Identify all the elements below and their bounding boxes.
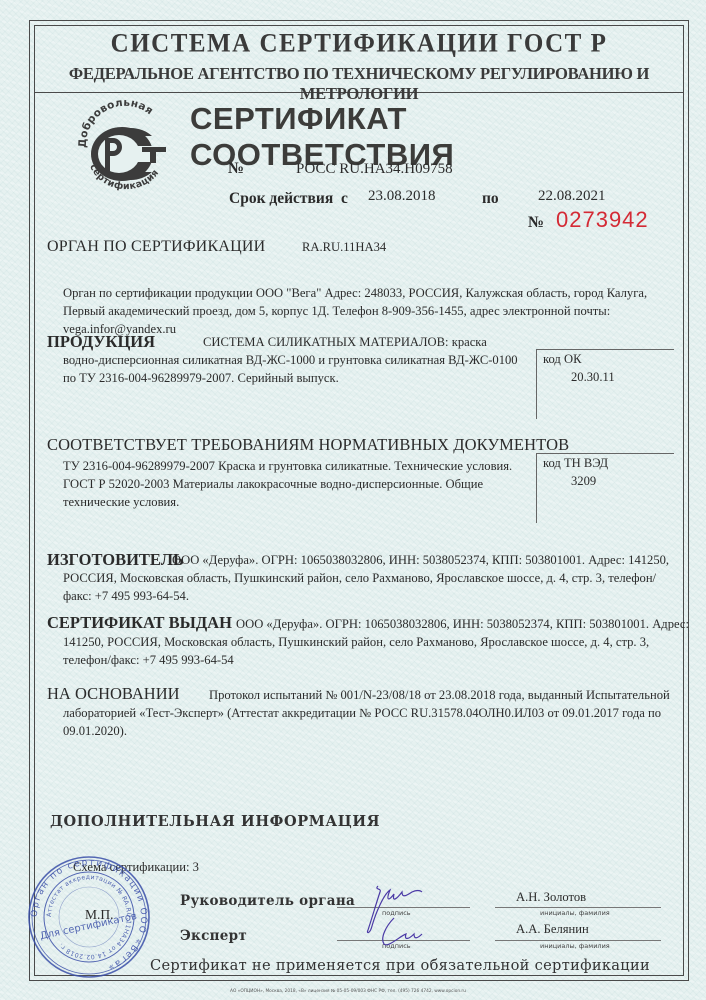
manufacturer-text-first-line: ООО «Деруфа». ОГРН: 1065038032806, ИНН: …	[172, 551, 669, 569]
certification-body-heading: ОРГАН ПО СЕРТИФИКАЦИИ	[47, 238, 265, 256]
serial-label: №	[528, 214, 544, 232]
validity-label: Срок действия с	[229, 190, 348, 208]
expert-name-caption: инициалы, фамилия	[540, 942, 610, 950]
issued-to-heading: СЕРТИФИКАТ ВЫДАН	[47, 613, 232, 633]
head-of-body-label: Руководитель органа	[180, 893, 355, 909]
head-name: А.Н. Золотов	[516, 890, 586, 905]
issued-to-text-first-line: ООО «Деруфа». ОГРН: 1065038032806, ИНН: …	[236, 615, 689, 633]
additional-info-heading: ДОПОЛНИТЕЛЬНАЯ ИНФОРМАЦИЯ	[50, 813, 380, 830]
issued-to-text: 141250, РОССИЯ, Московская область, Пушк…	[63, 633, 683, 669]
agency-title: ФЕДЕРАЛЬНОЕ АГЕНТСТВО ПО ТЕХНИЧЕСКОМУ РЕ…	[34, 64, 684, 104]
expert-name-line	[495, 940, 661, 941]
seal-place-label: М.П.	[85, 907, 114, 923]
product-heading: ПРОДУКЦИЯ	[47, 332, 155, 352]
expert-name: А.А. Белянин	[516, 922, 589, 937]
system-title: СИСТЕМА СЕРТИФИКАЦИИ ГОСТ Р	[34, 29, 684, 58]
basis-text-first-line: Протокол испытаний № 001/N-23/08/18 от 2…	[209, 686, 670, 704]
expert-label: Эксперт	[180, 928, 247, 944]
rst-logo-icon: Добровольная сертификация	[72, 100, 178, 200]
mandatory-certification-note: Сертификат не применяется при обязательн…	[120, 957, 680, 974]
tnved-code-label: код ТН ВЭД	[543, 456, 608, 471]
number-label: №	[228, 160, 244, 178]
tnved-code-box: код ТН ВЭД 3209	[536, 453, 674, 523]
valid-to-date: 22.08.2021	[538, 188, 606, 205]
basis-text: лабораторией «Тест-Эксперт» (Аттестат ак…	[63, 704, 683, 740]
valid-from-date: 23.08.2018	[368, 188, 436, 205]
ok-code-box: код ОК 20.30.11	[536, 349, 674, 419]
requirements-text: ТУ 2316-004-96289979-2007 Краска и грунт…	[63, 457, 533, 511]
tnved-code-value: 3209	[571, 474, 596, 489]
manufacturer-text: РОССИЯ, Московская область, Пушкинский р…	[63, 569, 683, 605]
head-name-caption: инициалы, фамилия	[540, 909, 610, 917]
manufacturer-heading: ИЗГОТОВИТЕЛЬ	[47, 550, 184, 570]
printer-info: АО «ОПЦИОН», Москва, 2018, «В» лицензия …	[230, 989, 466, 994]
certification-body-code: RA.RU.11HA34	[302, 240, 386, 255]
requirements-heading: СООТВЕТСТВУЕТ ТРЕБОВАНИЯМ НОРМАТИВНЫХ ДО…	[47, 435, 569, 455]
ok-code-value: 20.30.11	[571, 370, 615, 385]
ok-code-label: код ОК	[543, 352, 581, 367]
product-text-first-line: СИСТЕМА СИЛИКАТНЫХ МАТЕРИАЛОВ: краска	[203, 333, 487, 351]
certification-body-text: Орган по сертификации продукции ООО "Вег…	[63, 284, 683, 338]
head-signature-icon	[360, 878, 430, 958]
valid-to-label: по	[482, 190, 499, 208]
head-name-line	[495, 907, 661, 908]
serial-number: 0273942	[556, 207, 649, 233]
basis-heading: НА ОСНОВАНИИ	[47, 684, 180, 704]
certificate-number: РОСС RU.HA34.H09758	[296, 161, 453, 178]
product-text: водно-дисперсионная силикатная ВД-ЖС-100…	[63, 351, 533, 387]
